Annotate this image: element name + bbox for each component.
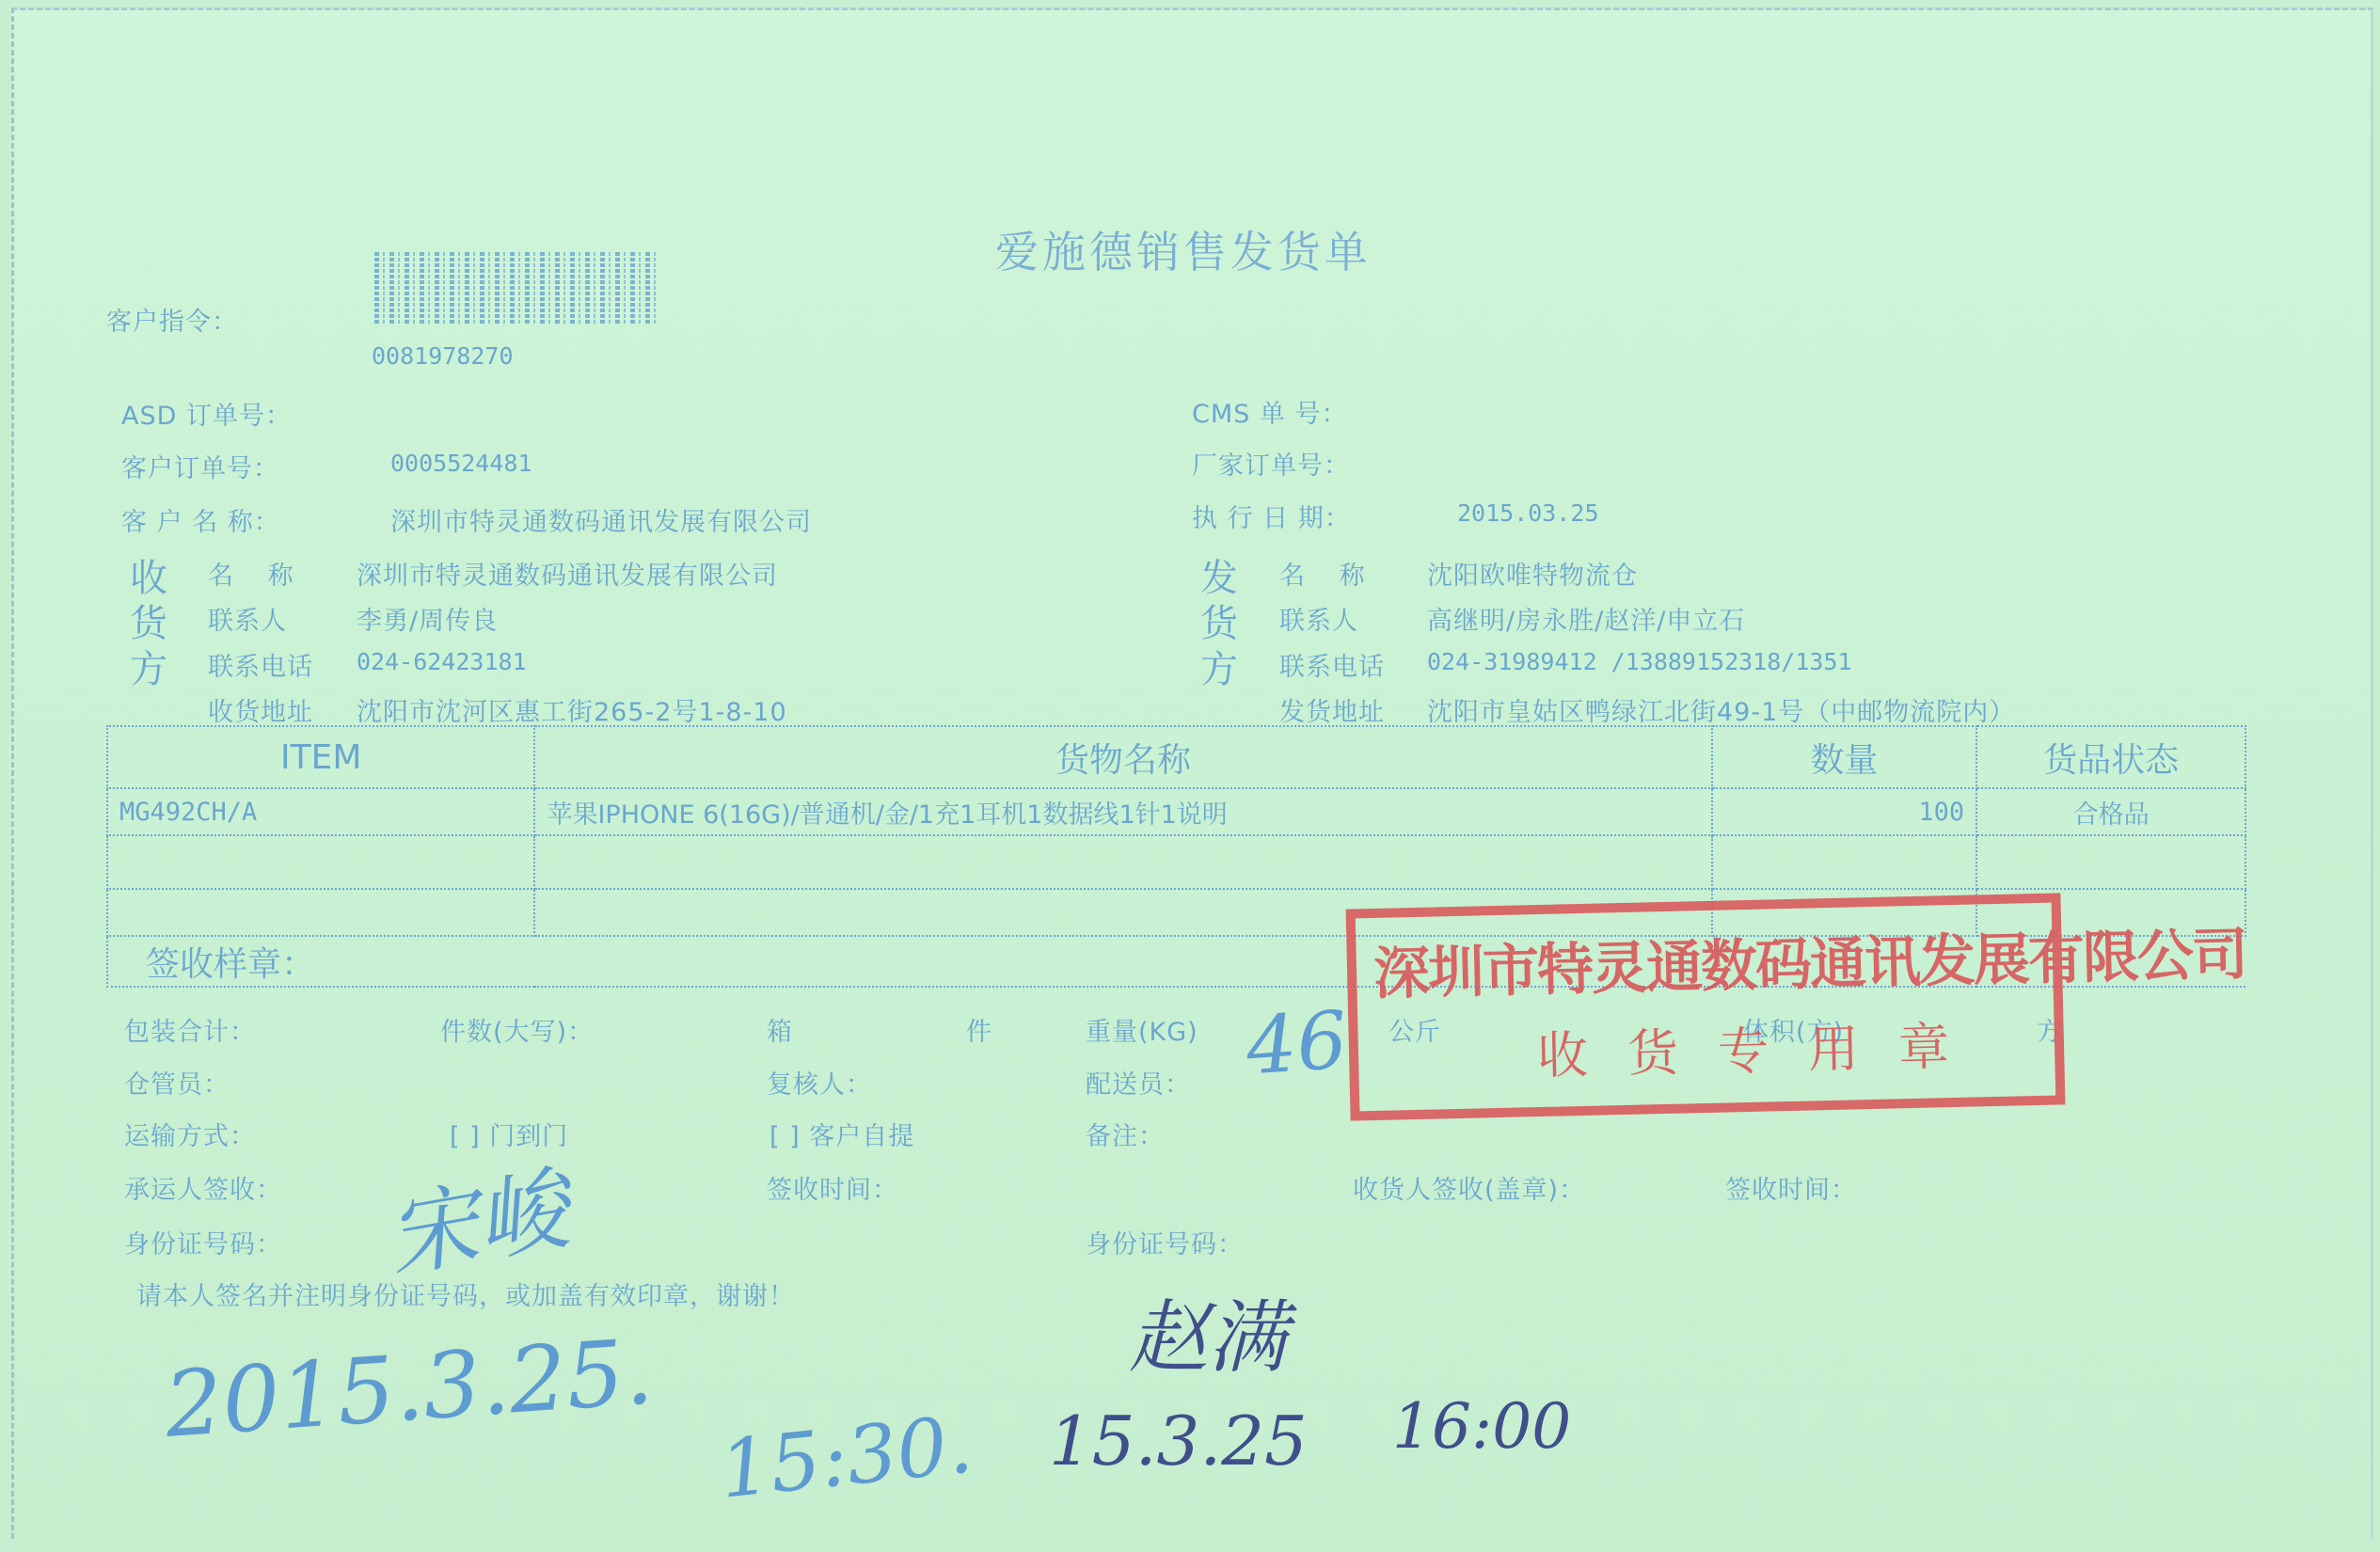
customer-instruction-label: 客户指令： <box>106 301 238 338</box>
table-row: MG492CH/A 苹果IPHONE 6(16G)/普通机/金/1充1耳机1数据… <box>107 788 2245 835</box>
transport-label: 运输方式： <box>124 1116 256 1152</box>
cell-status: 合格品 <box>1976 788 2245 835</box>
sender-phone-label: 联系电话 <box>1279 646 1385 683</box>
header-item: ITEM <box>107 726 534 788</box>
carrier-sign-label: 承运人签收： <box>124 1169 282 1206</box>
customer-order-value: 0005524481 <box>390 450 532 477</box>
receiver-address-label: 收货地址 <box>208 691 313 728</box>
receiver-contact: 李勇/周传良 <box>357 600 498 637</box>
receiver-time: 16:00 <box>1392 1390 1571 1463</box>
handwritten-weight: 46 <box>1244 993 1350 1092</box>
cell-quantity <box>1712 835 1977 889</box>
receiver-sign-time-label: 签收时间： <box>1725 1169 1857 1206</box>
sender-contact: 高继明/房永胜/赵洋/申立石 <box>1427 600 1745 637</box>
document-title: 爱施德销售发货单 <box>995 218 1372 280</box>
receiver-sign-label: 收货人签收(盖章)： <box>1353 1169 1585 1206</box>
cell-item: MG492CH/A <box>107 788 534 835</box>
cell-quantity: 100 <box>1712 788 1977 835</box>
exec-date-value: 2015.03.25 <box>1457 499 1599 527</box>
remarks-label: 备注： <box>1086 1116 1165 1152</box>
cell-item <box>107 835 534 889</box>
customer-name-value: 深圳市特灵通数码通讯发展有限公司 <box>390 501 812 538</box>
sender-phone: 024-31989412 /13889152318/1351 <box>1427 648 1852 675</box>
receiving-stamp: 深圳市特灵通数码通讯发展有限公司 收货专用章 <box>1346 893 2066 1120</box>
receiver-side-char-3: 方 <box>130 640 168 693</box>
sender-side-char-3: 方 <box>1200 640 1239 693</box>
header-quantity: 数量 <box>1712 726 1977 788</box>
receiver-date: 15.3.25 <box>1049 1402 1308 1481</box>
sender-address: 沈阳市皇姑区鸭绿江北街49-1号（中邮物流院内） <box>1427 691 2015 728</box>
sign-time-label: 签收时间： <box>767 1169 898 1206</box>
cell-item <box>107 889 534 936</box>
header-status: 货品状态 <box>1976 726 2245 788</box>
weight-label: 重量(KG) <box>1086 1011 1198 1048</box>
reviewer-label: 复核人： <box>767 1064 872 1101</box>
sender-address-label: 发货地址 <box>1279 691 1385 728</box>
receiver-signature: 赵满 <box>1129 1275 1287 1388</box>
table-header-row: ITEM 货物名称 数量 货品状态 <box>107 726 2245 788</box>
header-goods-name: 货物名称 <box>534 726 1711 788</box>
sender-contact-label: 联系人 <box>1279 600 1358 637</box>
sender-name-label: 名 称 <box>1279 555 1378 592</box>
cell-goods-name: 苹果IPHONE 6(16G)/普通机/金/1充1耳机1数据线1针1说明 <box>534 788 1711 835</box>
cell-status <box>1976 835 2245 889</box>
box-label: 箱 <box>767 1011 793 1048</box>
receiver-address: 沈阳市沈河区惠工街265-2号1-8-10 <box>357 691 787 728</box>
table-row <box>107 835 2245 889</box>
cell-goods-name <box>534 835 1711 889</box>
receiver-contact-label: 联系人 <box>208 600 287 637</box>
exec-date-label: 执 行 日 期： <box>1192 498 1351 534</box>
receiver-name: 深圳市特灵通数码通讯发展有限公司 <box>357 555 778 592</box>
package-total-label: 包装合计： <box>124 1011 256 1048</box>
barcode-number: 0081978270 <box>372 342 514 370</box>
factory-order-label: 厂家订单号： <box>1192 445 1350 482</box>
customer-name-label: 客 户 名 称： <box>121 501 280 538</box>
warehouse-keeper-label: 仓管员： <box>124 1064 230 1101</box>
id-number-label: 身份证号码： <box>124 1224 282 1260</box>
cms-order-label: CMS 单 号： <box>1192 393 1347 430</box>
pieces-label: 件数(大写)： <box>440 1011 594 1048</box>
dispatcher-label: 配送员： <box>1086 1064 1191 1101</box>
asd-order-label: ASD 订单号： <box>121 395 292 432</box>
receiver-name-label: 名 称 <box>208 555 307 592</box>
stamp-purpose: 收货专用章 <box>1536 1006 1990 1088</box>
id-number-label-right: 身份证号码： <box>1086 1224 1244 1260</box>
self-pickup-checkbox[interactable]: [ ] 客户自提 <box>770 1116 914 1152</box>
receiver-phone: 024-62423181 <box>357 648 527 675</box>
sender-name: 沈阳欧唯特物流仓 <box>1427 555 1638 592</box>
customer-order-label: 客户订单号： <box>121 448 279 484</box>
receiver-phone-label: 联系电话 <box>208 646 313 683</box>
piece-label: 件 <box>966 1011 992 1048</box>
barcode-icon <box>374 250 660 324</box>
